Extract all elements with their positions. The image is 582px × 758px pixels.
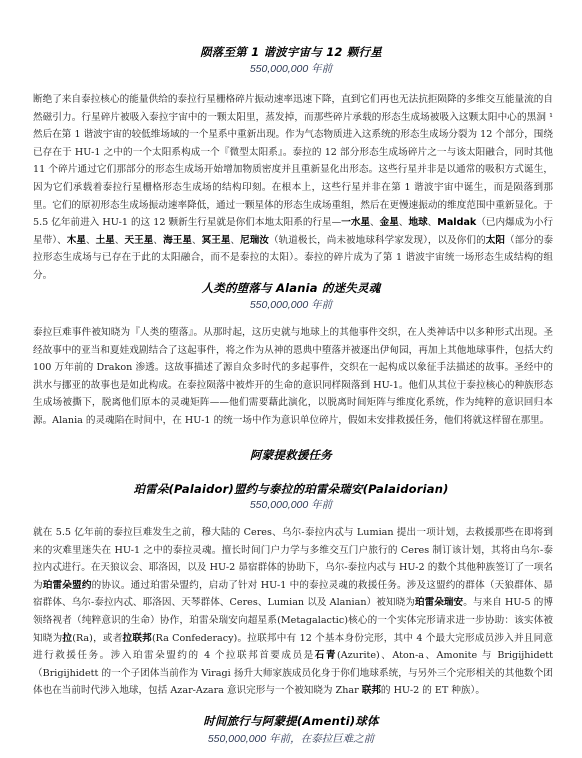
emphasized-term: 尼瑞汝 (240, 235, 269, 246)
emphasized-term: 石青 (315, 650, 337, 661)
emphasized-term: 拉 (62, 633, 72, 644)
section-title: 阿蒙提救援任务 (0, 447, 582, 463)
emphasized-term: 天王星 (125, 235, 154, 246)
emphasized-term: 金星 (380, 217, 399, 228)
emphasized-term: 海王星 (163, 235, 192, 246)
emphasized-term: 太阳 (486, 235, 505, 246)
section-title: 时间旅行与阿蒙提(Amenti)球体 (0, 713, 582, 729)
section-paragraph: 断绝了来自泰拉核心的能量供给的泰拉行星栅格碎片振动速率迅速下降，直到它们再也无法… (33, 91, 553, 285)
emphasized-term: Maldak (437, 217, 476, 228)
section-title: 珀雷朵(Palaidor)盟约与泰拉的珀雷朵瑞安(Palaidorian) (0, 481, 582, 497)
emphasized-term: 珀雷朵盟约 (43, 580, 92, 591)
section-date: 550,000,000 年前，在泰拉巨难之前 (0, 731, 582, 746)
section-date: 550,000,000 年前 (0, 497, 582, 512)
section-title: 陨落至第 1 谐波宇宙与 12 颗行星 (0, 44, 582, 60)
section-date: 550,000,000 年前 (0, 61, 582, 76)
section-title: 人类的堕落与 Alania 的迷失灵魂 (0, 280, 582, 296)
emphasized-term: 珀雷朵瑞安 (415, 597, 463, 608)
emphasized-term: 地球 (408, 217, 427, 228)
section-paragraph: 泰拉巨难事件被知晓为『人类的堕落』。从那时起，这历史就与地球上的其他事件交织，在… (33, 324, 553, 430)
section-date: 550,000,000 年前 (0, 297, 582, 312)
emphasized-term: 木星 (67, 235, 86, 246)
document-page: 陨落至第 1 谐波宇宙与 12 颗行星 550,000,000 年前 断绝了来自… (0, 0, 582, 758)
emphasized-term: 拉联邦 (123, 633, 152, 644)
emphasized-term: 土星 (96, 235, 115, 246)
emphasized-term: 冥王星 (202, 235, 231, 246)
emphasized-term: 一水星 (341, 217, 370, 228)
section-paragraph: 就在 5.5 亿年前的泰拉巨难发生之前，穆大陆的 Ceres、乌尔-泰拉内忒与 … (33, 524, 553, 700)
emphasized-term: 联邦 (362, 685, 381, 696)
